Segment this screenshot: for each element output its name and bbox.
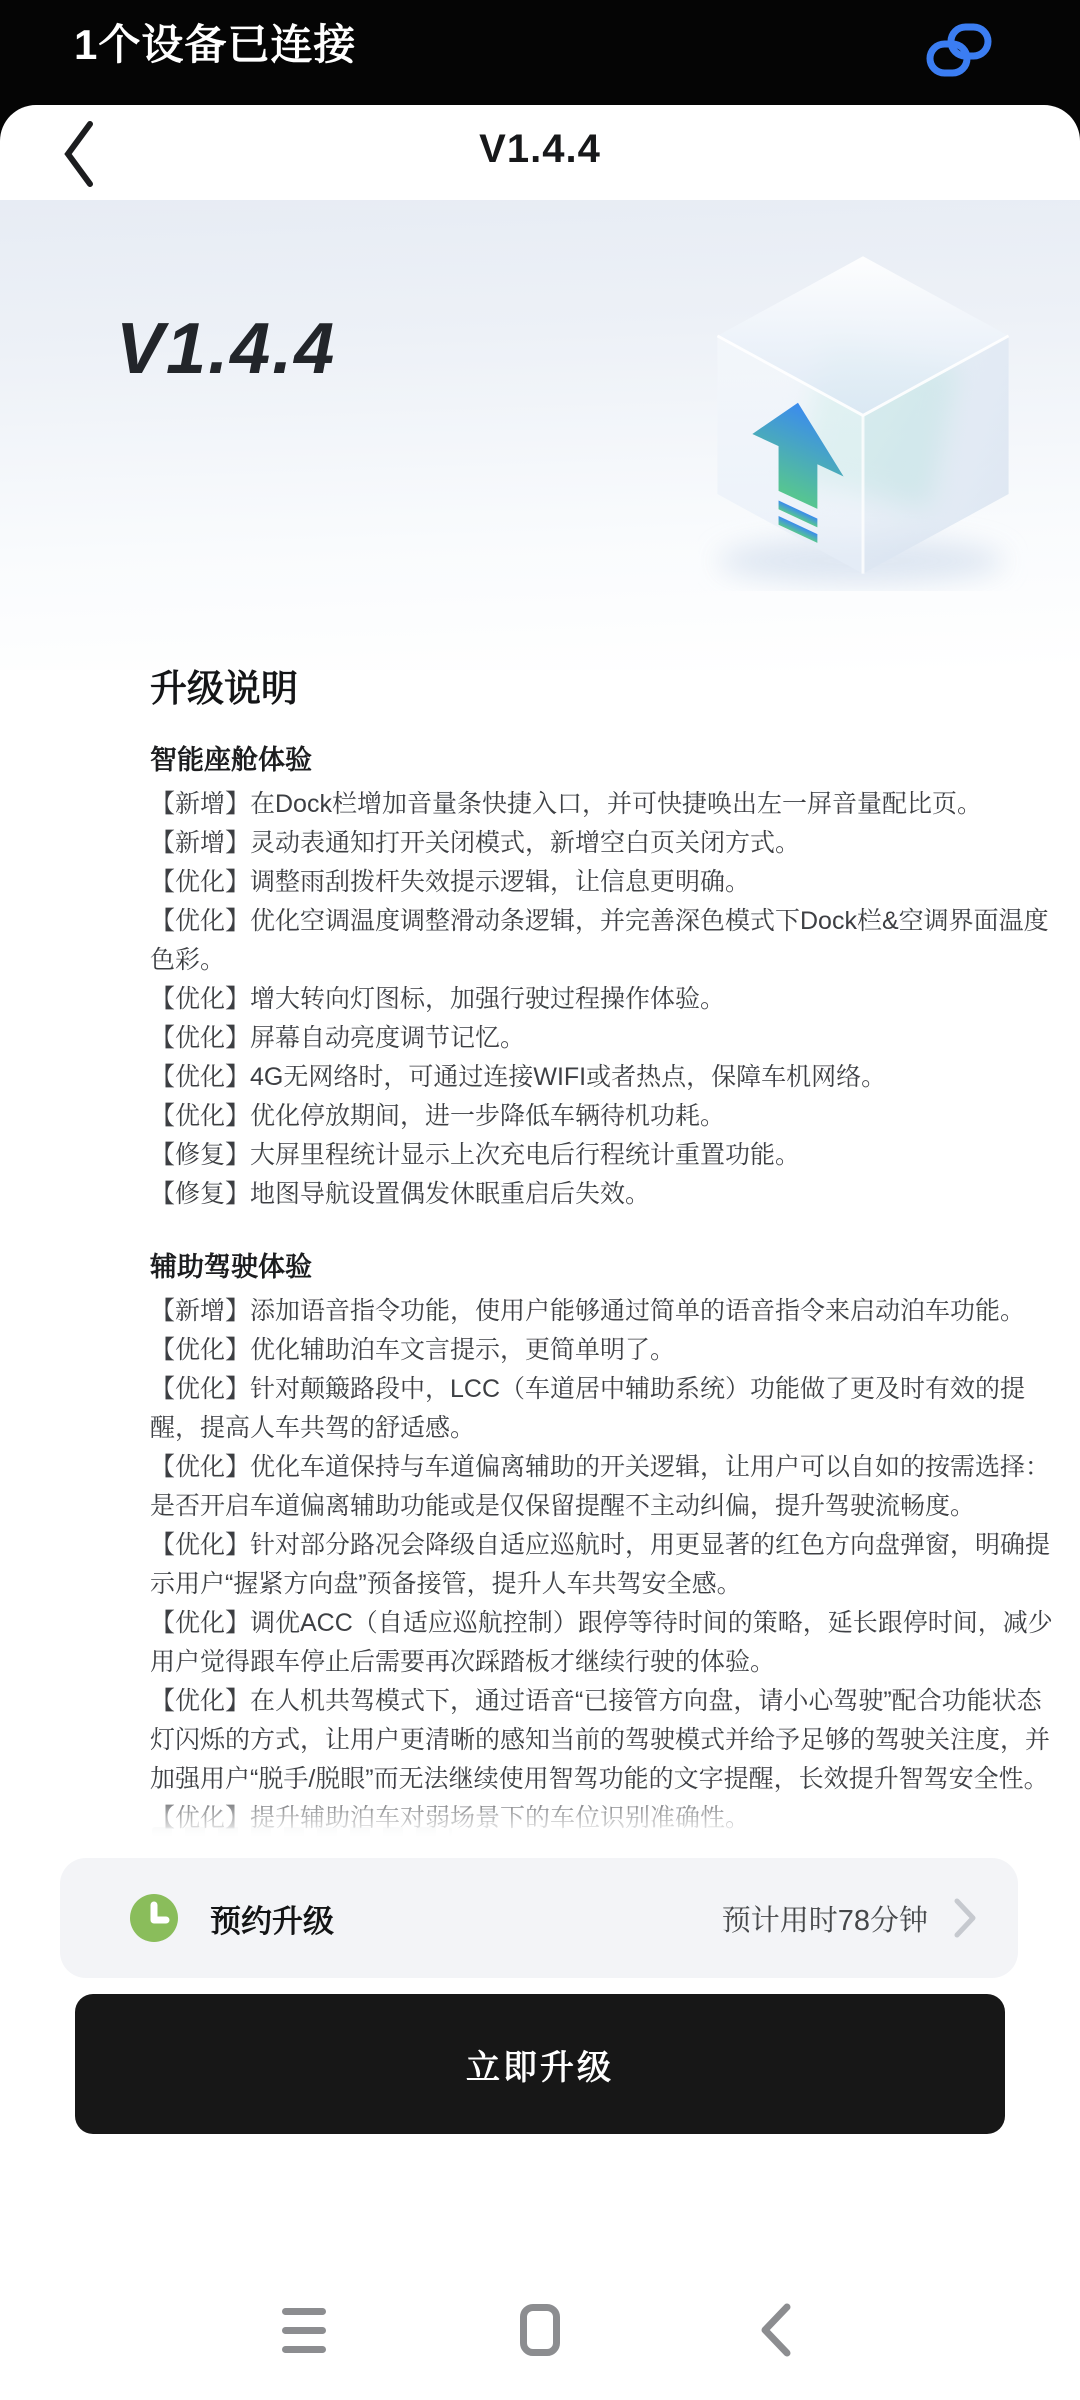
release-note-item: 【优化】在人机共驾模式下，通过语音“已接管方向盘，请小心驾驶”配合功能状态灯闪烁…: [150, 1682, 1055, 1799]
schedule-upgrade-row[interactable]: 预约升级 预计用时78分钟: [60, 1858, 1018, 1978]
schedule-upgrade-label: 预约升级: [210, 1896, 334, 1941]
release-note-item: 【优化】优化空调温度调整滑动条逻辑，并完善深色模式下Dock栏&空调界面温度色彩…: [150, 902, 1055, 980]
note-section: 智能座舱体验【新增】在Dock栏增加音量条快捷入口，并可快捷唤出左一屏音量配比页…: [150, 740, 1055, 1214]
release-note-item: 【修复】地图导航设置偶发休眠重启后失效。: [150, 1175, 1055, 1214]
android-nav-bar: [0, 2284, 1080, 2376]
release-note-item: 【优化】4G无网络时，可通过连接WIFI或者热点，保障车机网络。: [150, 1058, 1055, 1097]
menu-icon[interactable]: [282, 2301, 326, 2359]
note-section-heading: 辅助驾驶体验: [150, 1247, 1055, 1287]
notes-title: 升级说明: [150, 666, 1055, 712]
chevron-right-icon: [952, 1897, 978, 1939]
release-note-item: 【优化】针对颠簸路段中，LCC（车道居中辅助系统）功能做了更及时有效的提醒，提高…: [150, 1370, 1055, 1448]
release-note-item: 【优化】调优ACC（自适应巡航控制）跟停等待时间的策略，延长跟停时间，减少用户觉…: [150, 1604, 1055, 1682]
release-note-item: 【优化】屏幕自动亮度调节记忆。: [150, 1019, 1055, 1058]
clock-icon: [130, 1894, 178, 1942]
release-note-item: 【新增】添加语音指令功能，使用户能够通过简单的语音指令来启动泊车功能。: [150, 1292, 1055, 1331]
release-note-item: 【优化】增大转向灯图标，加强行驶过程操作体验。: [150, 980, 1055, 1019]
home-square-icon[interactable]: [518, 2301, 562, 2359]
upgrade-now-button[interactable]: 立即升级: [75, 1994, 1005, 2134]
note-section: 辅助驾驶体验【新增】添加语音指令功能，使用户能够通过简单的语音指令来启动泊车功能…: [150, 1247, 1055, 1838]
release-note-item: 【新增】灵动表通知打开关闭模式，新增空白页关闭方式。: [150, 824, 1055, 863]
estimated-duration: 预计用时78分钟: [722, 1898, 928, 1939]
connected-devices-status: 1个设备已连接: [74, 12, 356, 72]
upgrade-cube-icon: [698, 236, 1028, 591]
note-section-heading: 智能座舱体验: [150, 740, 1055, 780]
release-note-item: 【优化】针对部分路况会降级自适应巡航时，用更显著的红色方向盘弹窗，明确提示用户“…: [150, 1526, 1055, 1604]
header: V1.4.4: [0, 105, 1080, 200]
scroll-fade-overlay: [0, 1786, 1080, 1858]
release-note-item: 【修复】大屏里程统计显示上次充电后行程统计重置功能。: [150, 1136, 1055, 1175]
back-chevron-icon[interactable]: [754, 2301, 798, 2359]
version-label: V1.4.4: [116, 308, 336, 390]
release-note-item: 【优化】调整雨刮拨杆失效提示逻辑，让信息更明确。: [150, 863, 1055, 902]
page-title: V1.4.4: [0, 127, 1080, 172]
hero-banner: V1.4.4: [0, 200, 1080, 670]
release-notes[interactable]: 升级说明 智能座舱体验【新增】在Dock栏增加音量条快捷入口，并可快捷唤出左一屏…: [150, 666, 1055, 1838]
notes-sections: 智能座舱体验【新增】在Dock栏增加音量条快捷入口，并可快捷唤出左一屏音量配比页…: [150, 740, 1055, 1838]
link-icon[interactable]: [926, 22, 992, 78]
release-note-item: 【优化】优化停放期间，进一步降低车辆待机功耗。: [150, 1097, 1055, 1136]
release-note-item: 【新增】在Dock栏增加音量条快捷入口，并可快捷唤出左一屏音量配比页。: [150, 785, 1055, 824]
release-note-item: 【优化】优化辅助泊车文言提示，更简单明了。: [150, 1331, 1055, 1370]
ota-update-screen: 1个设备已连接 V1.4.4 V1.4.4: [0, 0, 1080, 2400]
release-note-item: 【优化】优化车道保持与车道偏离辅助的开关逻辑，让用户可以自如的按需选择：是否开启…: [150, 1448, 1055, 1526]
